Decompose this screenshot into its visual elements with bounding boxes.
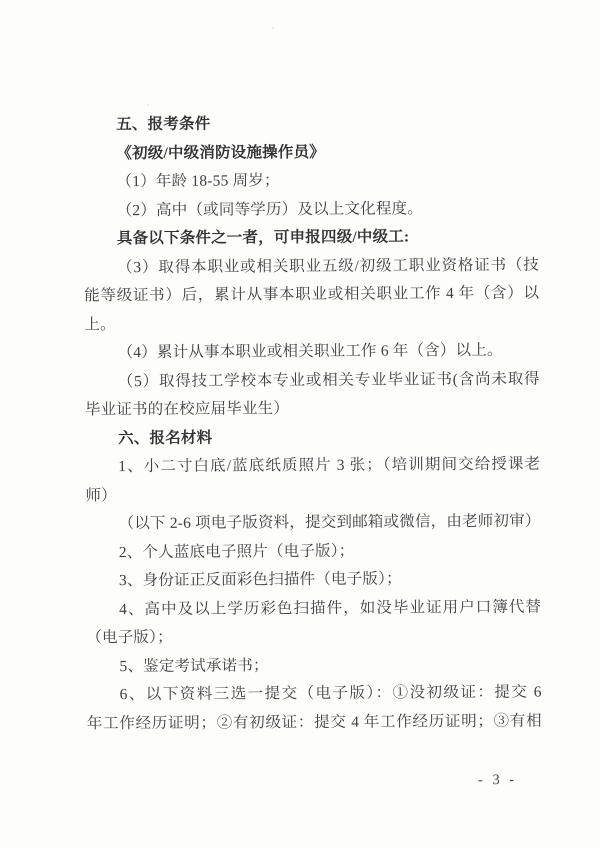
line-condition-3a: （3）取得本职业或相关职业五级/初级工职业资格证书（技 xyxy=(84,251,539,282)
line-condition-1-age: （1）年龄 18-55 周岁； xyxy=(83,166,538,197)
line-condition-3b: 能等级证书）后，累计从事本职业或相关职业工作 4 年（含）以 xyxy=(84,280,539,311)
subheading-certificate-name: 《初级/中级消防设施操作员》 xyxy=(83,137,538,168)
line-materials-submit-note: （以下 2-6 项电子版资料，提交到邮箱或微信，由老师初审） xyxy=(86,508,541,539)
heading-section6-registration-materials: 六、报名材料 xyxy=(85,422,540,453)
page-number: - 3 - xyxy=(478,772,548,789)
scanned-document-page: 五、报考条件 《初级/中级消防设施操作员》 （1）年龄 18-55 周岁； （2… xyxy=(0,0,600,848)
line-material-6a: 6、以下资料三选一提交（电子版）：①没初级证：提交 6 xyxy=(87,679,542,710)
line-condition-5b: 毕业证书的在校应届毕业生） xyxy=(85,394,540,425)
line-condition-3c: 上。 xyxy=(84,308,539,339)
line-material-4b: （电子版）； xyxy=(86,622,541,653)
line-material-2: 2、个人蓝底电子照片（电子版）； xyxy=(86,536,541,567)
line-material-4a: 4、高中及以上学历彩色扫描件，如没毕业证用户口簿代替 xyxy=(86,593,541,624)
line-condition-2-education: （2）高中（或同等学历）及以上文化程度。 xyxy=(84,194,539,225)
document-body: 五、报考条件 《初级/中级消防设施操作员》 （1）年龄 18-55 周岁； （2… xyxy=(83,109,542,739)
line-material-1a: 1、小二寸白底/蓝底纸质照片 3 张；（培训期间交给授课老 xyxy=(85,451,540,482)
line-material-1b: 师） xyxy=(85,479,540,510)
line-material-3: 3、身份证正反面彩色扫描件（电子版）； xyxy=(86,565,541,596)
line-material-6b: 年工作经历证明；②有初级证：提交 4 年工作经历证明；③有相 xyxy=(87,707,542,738)
line-condition-4: （4）累计从事本职业或相关职业工作 6 年（含）以上。 xyxy=(84,337,539,368)
line-condition-5a: （5）取得技工学校本专业或相关专业毕业证书(含尚未取得 xyxy=(85,365,540,396)
line-material-5: 5、鉴定考试承诺书； xyxy=(86,650,541,681)
scan-speck xyxy=(147,104,149,106)
heading-section5-exam-requirements: 五、报考条件 xyxy=(83,109,538,140)
scan-speck xyxy=(272,27,274,29)
subheading-level4-apply-conditions: 具备以下条件之一者，可申报四级/中级工: xyxy=(84,223,539,254)
